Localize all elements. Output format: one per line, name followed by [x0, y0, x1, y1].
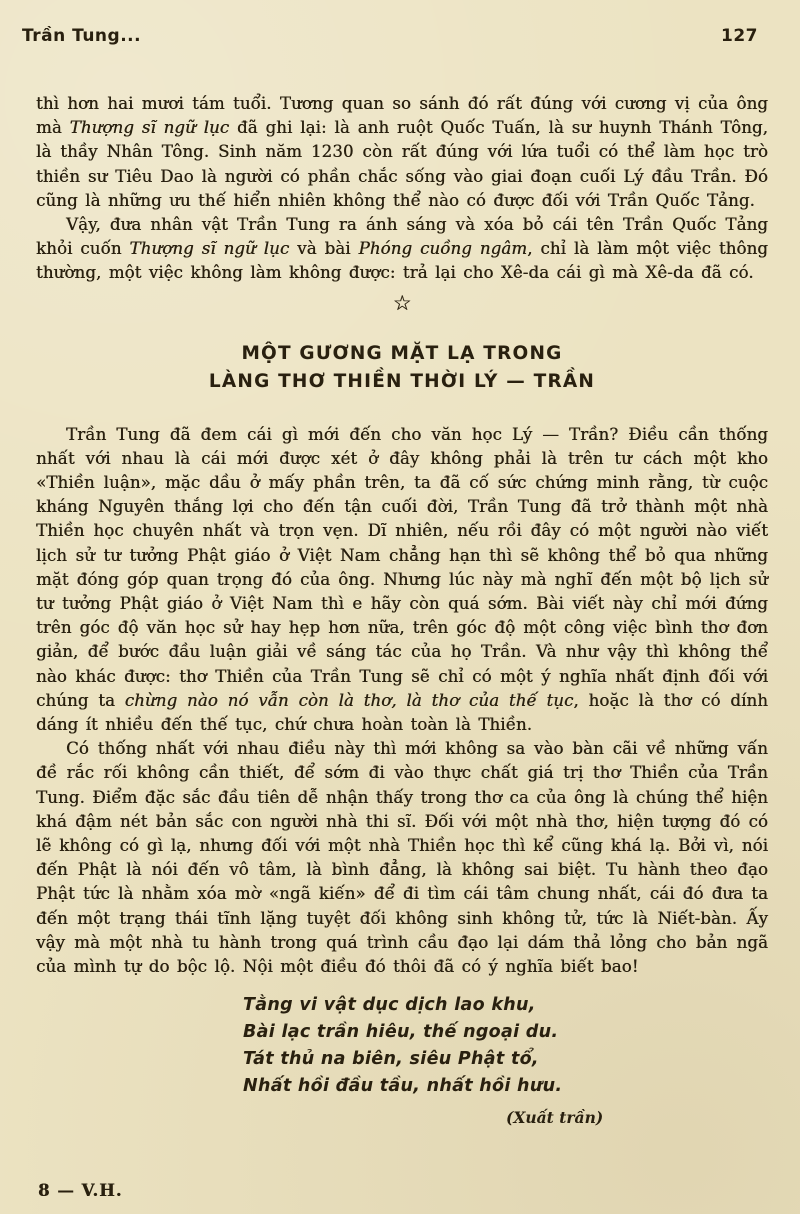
poem-line: Bài lạc trần hiêu, thế ngoại du. — [243, 1019, 768, 1046]
paragraph: Có thống nhất với nhau điều này thì mới … — [36, 737, 768, 979]
text-run: Trần Tung đã đem cái gì mới đến cho văn … — [36, 425, 768, 710]
italic-text-run: chừng nào nó vẫn còn là thơ, là thơ của … — [125, 691, 574, 710]
poem-attribution: (Xuất trần) — [506, 1108, 768, 1127]
print-signature: 8 — V.H. — [38, 1181, 122, 1200]
poem-line: Tằng vi vật dục dịch lao khu, — [243, 992, 768, 1019]
section-heading-line1: MỘT GƯƠNG MẶT LẠ TRONG — [36, 340, 768, 368]
text-run: và bài — [289, 239, 358, 258]
running-header: Trần Tung... 127 — [0, 0, 800, 46]
section-heading-line2: LÀNG THƠ THIỀN THỜI LÝ — TRẦN — [36, 368, 768, 396]
page-content: thì hơn hai mươi tám tuổi. Tương quan so… — [36, 92, 768, 1127]
body-paragraphs: Trần Tung đã đem cái gì mới đến cho văn … — [36, 423, 768, 980]
paragraph: Vậy, đưa nhân vật Trần Tung ra ánh sáng … — [36, 213, 768, 286]
poem-line: Tát thủ na biên, siêu Phật tổ, — [243, 1046, 768, 1073]
intro-paragraphs: thì hơn hai mươi tám tuổi. Tương quan so… — [36, 92, 768, 286]
section-heading: MỘT GƯƠNG MẶT LẠ TRONG LÀNG THƠ THIỀN TH… — [36, 340, 768, 396]
italic-text-run: Phóng cuồng ngâm — [358, 239, 527, 258]
poem-line: Nhất hồi đầu tầu, nhất hồi hưu. — [243, 1073, 768, 1100]
paragraph: thì hơn hai mươi tám tuổi. Tương quan so… — [36, 92, 768, 213]
italic-text-run: Thượng sĩ ngữ lục — [70, 118, 230, 137]
paragraph: Trần Tung đã đem cái gì mới đến cho văn … — [36, 423, 768, 738]
star-divider-icon: ☆ — [36, 290, 768, 316]
italic-text-run: Thượng sĩ ngữ lục — [129, 239, 289, 258]
running-title: Trần Tung... — [22, 26, 141, 46]
text-run: Có thống nhất với nhau điều này thì mới … — [36, 739, 768, 976]
book-page: Trần Tung... 127 thì hơn hai mươi tám tu… — [0, 0, 800, 1214]
page-number: 127 — [721, 26, 758, 46]
poem: Tằng vi vật dục dịch lao khu,Bài lạc trầ… — [243, 992, 768, 1100]
